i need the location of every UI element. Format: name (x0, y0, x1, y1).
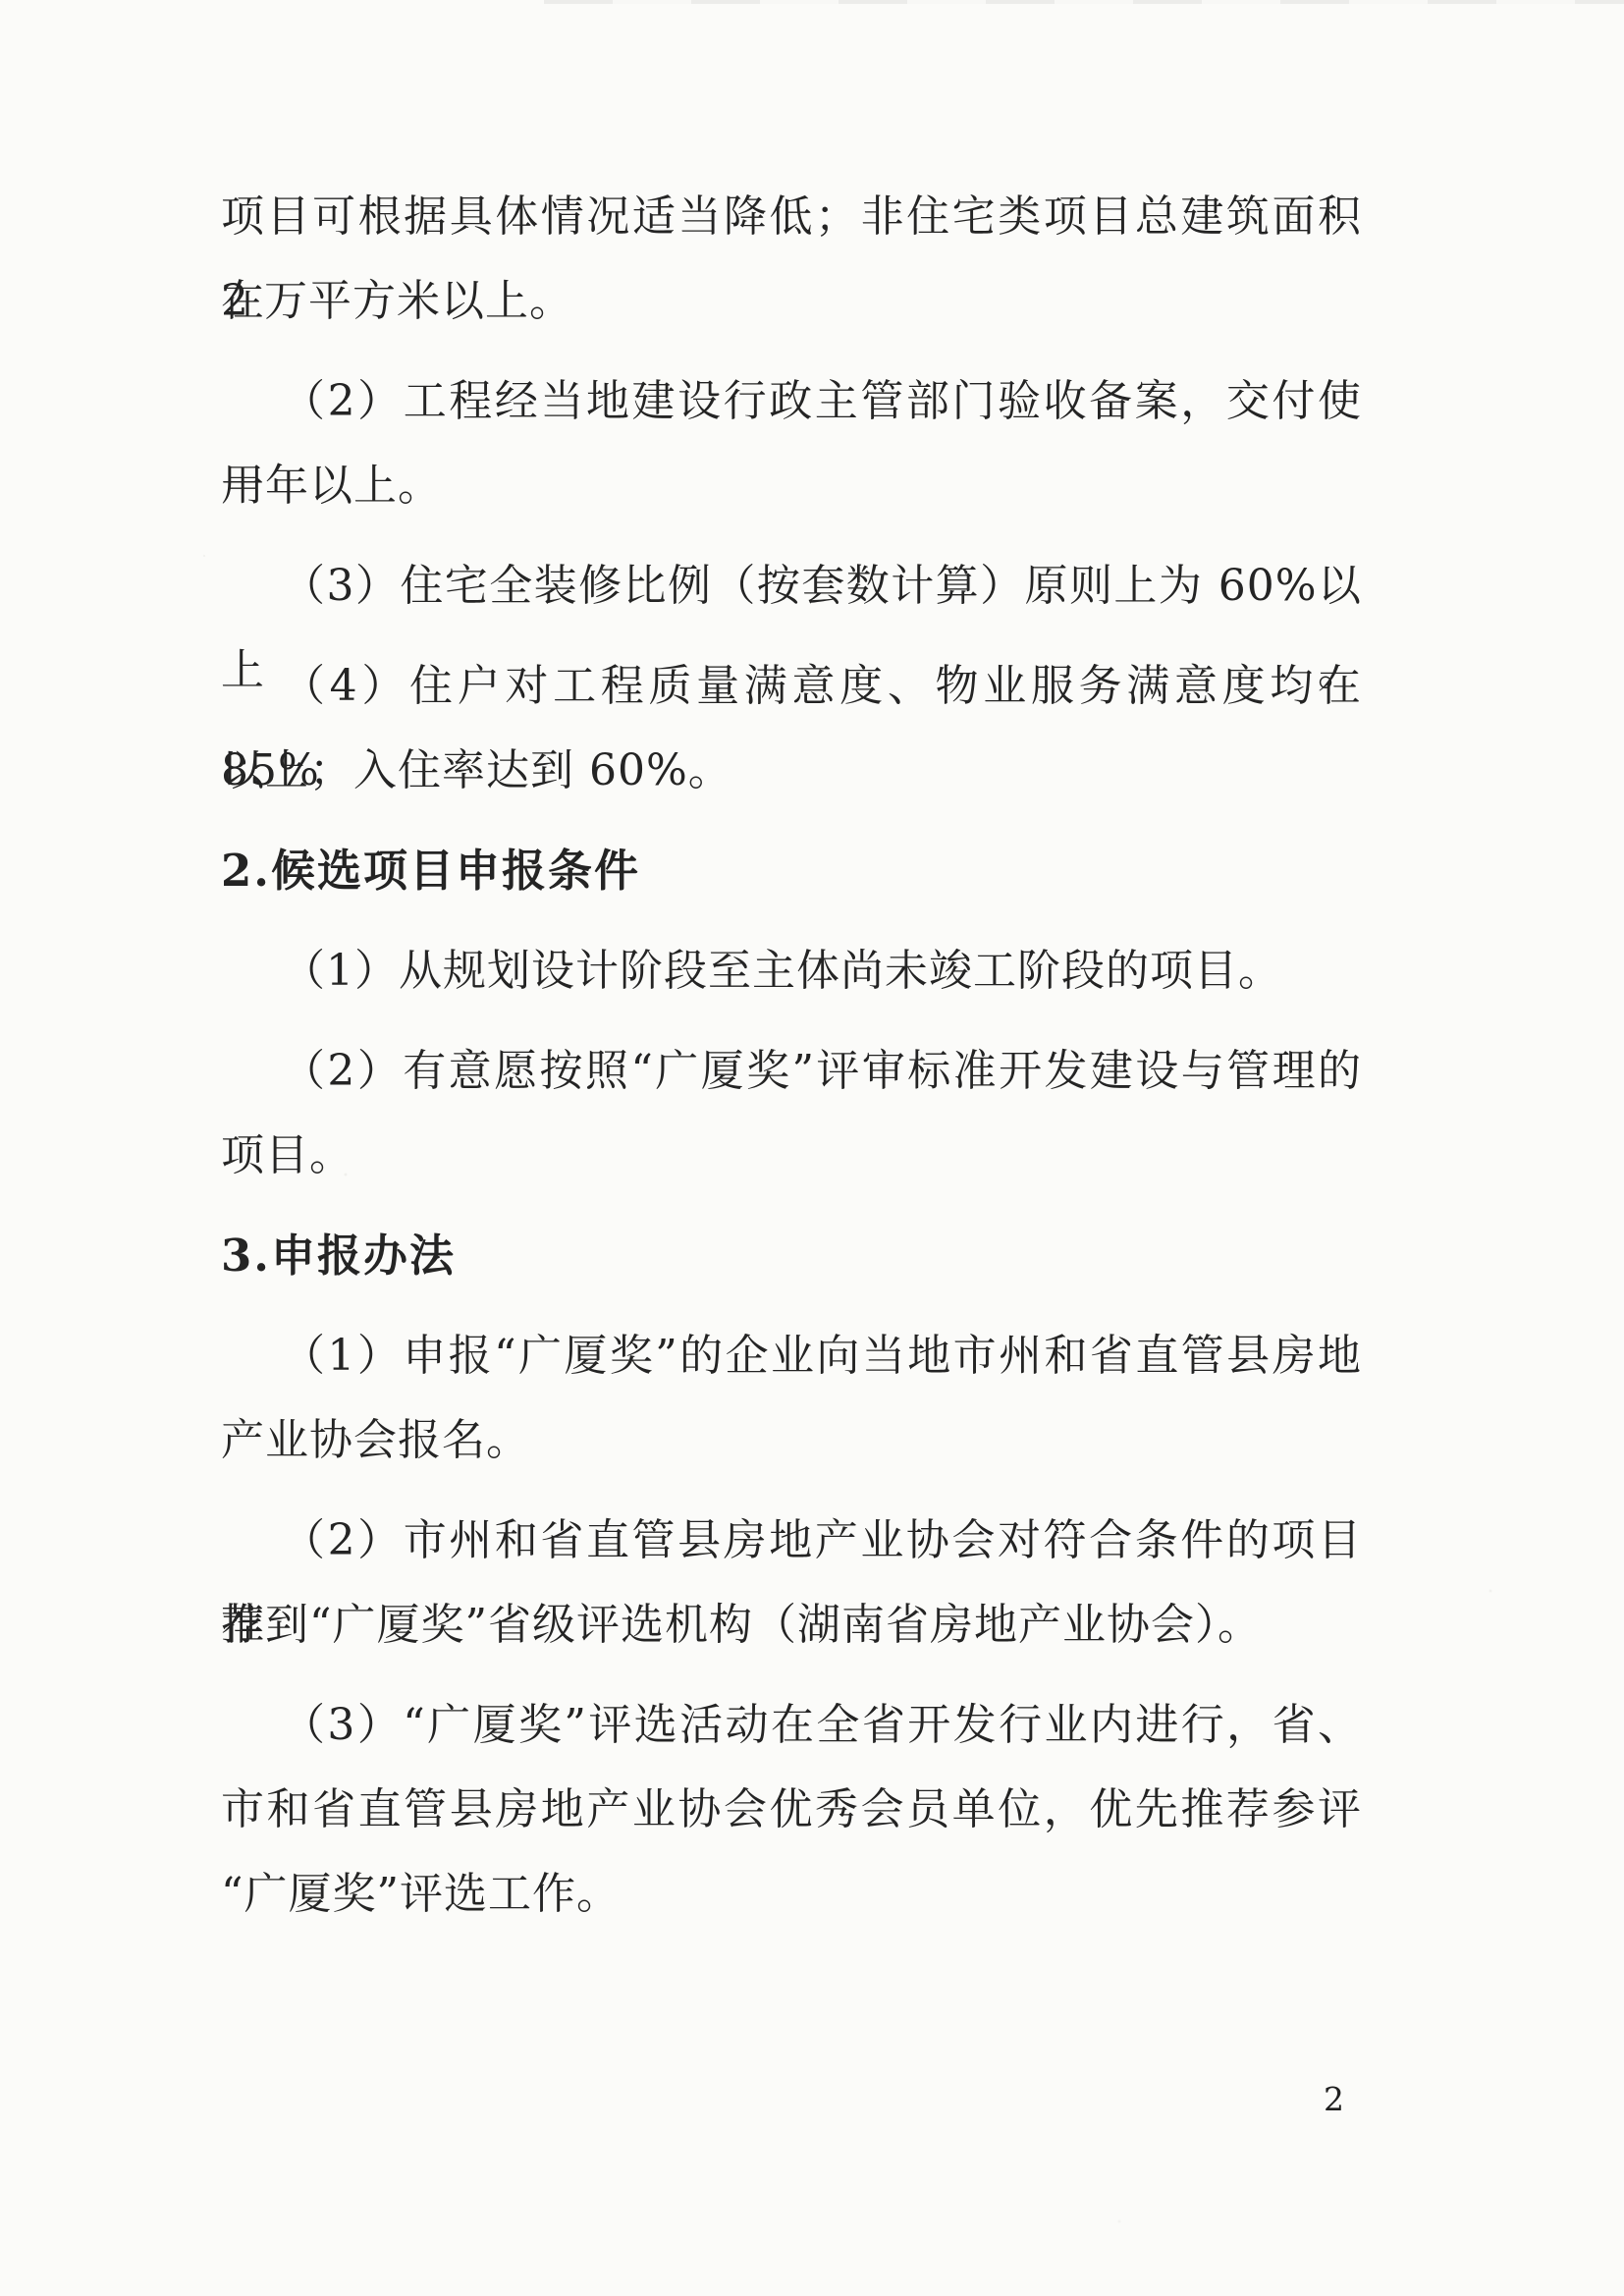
scanner-edge-artifact (544, 0, 1624, 4)
text-line: 市和省直管县房地产业协会优秀会员单位，优先推荐参评 (221, 1768, 1362, 1852)
text-line: （3）住宅全装修比例（按套数计算）原则上为 60%以上。 (221, 544, 1362, 629)
text-line: 2 万平方米以上。 (221, 259, 1362, 344)
text-line: “广厦奖”评选工作。 (221, 1852, 1362, 1937)
text-line: 一年以上。 (221, 444, 1362, 528)
text-line: （3）“广厦奖”评选活动在全省开发行业内进行，省、 (221, 1683, 1362, 1768)
text-line: （1）从规划设计阶段至主体尚未竣工阶段的项目。 (221, 929, 1362, 1013)
text-line: 荐到“广厦奖”省级评选机构（湖南省房地产业协会）。 (221, 1583, 1362, 1667)
text-line: （4）住户对工程质量满意度、物业服务满意度均在 85% (221, 644, 1362, 729)
text-line: 项目可根据具体情况适当降低；非住宅类项目总建筑面积在 (221, 175, 1362, 259)
text-line: 产业协会报名。 (221, 1398, 1362, 1483)
document-page: 项目可根据具体情况适当降低；非住宅类项目总建筑面积在 2 万平方米以上。 （2）… (0, 0, 1624, 2296)
text-line: （1）申报“广厦奖”的企业向当地市州和省直管县房地 (221, 1314, 1362, 1398)
page-number: 2 (1324, 2078, 1344, 2121)
text-line: 以上；入住率达到 60%。 (221, 729, 1362, 813)
text-line: 项目。 (221, 1114, 1362, 1198)
text-line: （2）有意愿按照“广厦奖”评审标准开发建设与管理的 (221, 1029, 1362, 1114)
text-line: （2）工程经当地建设行政主管部门验收备案，交付使用 (221, 359, 1362, 444)
section-heading: 3.申报办法 (221, 1214, 1362, 1298)
section-heading: 2.候选项目申报条件 (221, 829, 1362, 913)
page-content: 项目可根据具体情况适当降低；非住宅类项目总建筑面积在 2 万平方米以上。 （2）… (221, 175, 1362, 1937)
text-line: （2）市州和省直管县房地产业协会对符合条件的项目推 (221, 1499, 1362, 1583)
